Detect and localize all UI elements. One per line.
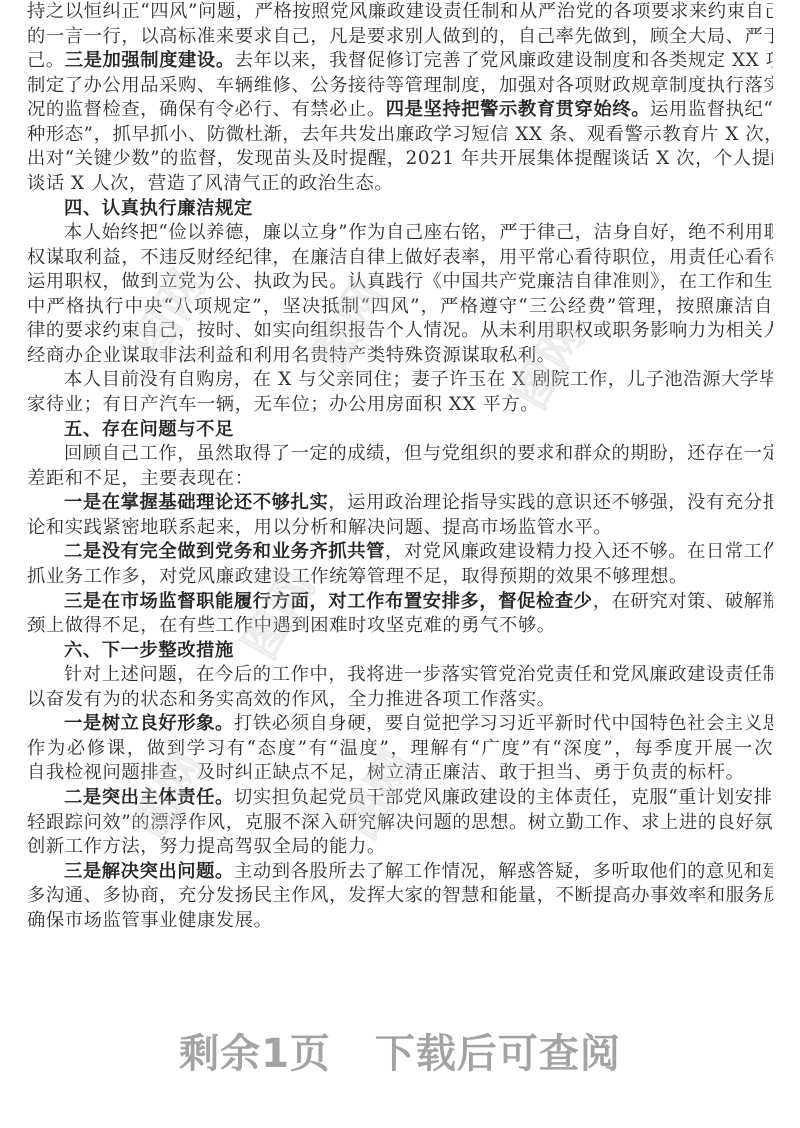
body-text: ，运用政治理论指导实践的意识还不够强，没有充分把理 xyxy=(328,492,773,513)
paragraph-line: 家待业；有日产汽车一辆，无车位；办公用房面积 XX 平方。 xyxy=(27,393,773,418)
bold-emphasis-text: 三是加强制度建设。 xyxy=(65,50,235,71)
paragraph-line: 出对“关键少数”的监督，发现苗头及时提醒，2021 年共开展集体提醒谈话 X 次… xyxy=(27,147,773,172)
body-text: 运用职权，做到立党为公、执政为民。认真践行《中国共产党廉洁自律准则》，在工作和生… xyxy=(27,271,773,292)
body-text: 经商办企业谋取非法利益和利用名贵特产类特殊资源谋取私利。 xyxy=(27,345,556,366)
body-text: 轻跟踪问效”的漂浮作风，克服不深入研究解决问题的思想。树立勤工作、求上进的良好氛… xyxy=(27,812,773,833)
paragraph-line: 况的监督检查，确保有令必行、有禁必止。四是坚持把警示教育贯穿始终。运用监督执纪“… xyxy=(27,98,773,123)
body-text: 的一言一行，以高标准来要求自己，凡是要求别人做到的，自己率先做到，顾全大局、严于… xyxy=(27,26,773,47)
bold-emphasis-text: 一是树立良好形象。 xyxy=(64,713,234,734)
paragraph-line: 轻跟踪问效”的漂浮作风，克服不深入研究解决问题的思想。树立勤工作、求上进的良好氛… xyxy=(27,811,773,836)
paragraph-line: 经商办企业谋取非法利益和利用名贵特产类特殊资源谋取私利。 xyxy=(27,344,773,369)
body-text: 己。 xyxy=(27,50,65,71)
body-text: 确保市场监管事业健康发展。 xyxy=(27,910,272,931)
body-text: 律的要求约束自己，按时、如实向组织报告个人情况。从未利用职权或职务影响力为相关人… xyxy=(27,320,773,341)
paragraph-line: 创新工作方法，努力提高驾驭全局的能力。 xyxy=(27,835,773,860)
paragraph-line: 运用职权，做到立党为公、执政为民。认真践行《中国共产党廉洁自律准则》，在工作和生… xyxy=(27,270,773,295)
paragraph-line: 差距和不足，主要表现在： xyxy=(27,467,773,492)
paragraph-line: 三是解决突出问题。主动到各股所去了解工作情况，解惑答疑，多听取他们的意见和建议。 xyxy=(27,860,773,885)
body-text: 针对上述问题，在今后的工作中，我将进一步落实管党治党责任和党风廉政建设责任制， xyxy=(64,664,773,685)
body-text: 制定了办公用品采购、车辆维修、公务接待等管理制度，加强对各项财政规章制度执行落实… xyxy=(27,75,773,96)
bold-emphasis-text: 一是在掌握基础理论还不够扎实 xyxy=(64,492,328,513)
section-heading: 六、下一步整改措施 xyxy=(27,639,773,664)
paragraph-line: 本人目前没有自购房，在 X 与父亲同住；妻子许玉在 X 剧院工作，儿子池浩源大学… xyxy=(27,368,773,393)
paragraph-line: 谈话 X 人次，营造了风清气正的政治生态。 xyxy=(27,172,773,197)
bold-emphasis-text: 三是在市场监督职能履行方面，对工作布置安排多，督促检查少 xyxy=(64,591,593,612)
paragraph-line: 权谋取利益，不违反财经纪律，在廉洁自律上做好表率，用平常心看待职位，用责任心看待… xyxy=(27,246,773,271)
body-text: ，对党风廉政建设精力投入还不够。在日常工作中， xyxy=(385,541,773,562)
bold-emphasis-text: 四是坚持把警示教育贯穿始终。 xyxy=(386,99,650,120)
paragraph-line: 回顾自己工作，虽然取得了一定的成绩，但与党组织的要求和群众的期盼，还存在一定的 xyxy=(27,442,773,467)
paragraph-line: 以奋发有为的状态和务实高效的作风，全力推进各项工作落实。 xyxy=(27,688,773,713)
body-text: 回顾自己工作，虽然取得了一定的成绩，但与党组织的要求和群众的期盼，还存在一定的 xyxy=(64,443,773,464)
section-heading: 四、认真执行廉洁规定 xyxy=(27,197,773,222)
paragraph-line: 颈上做得不足，在有些工作中遇到困难时攻坚克难的勇气不够。 xyxy=(27,614,773,639)
body-text: 中严格执行中央“八项规定”，坚决抵制“四风”，严格遵守“三公经费”管理，按照廉洁… xyxy=(27,296,773,317)
body-text: 自我检视问题排查，及时纠正缺点不足，树立清正廉洁、敢于担当、勇于负责的标杆。 xyxy=(27,762,745,783)
paragraph-line: 三是在市场监督职能履行方面，对工作布置安排多，督促检查少，在研究对策、破解瓶 xyxy=(27,590,773,615)
body-text: 去年以来，我督促修订完善了党风廉政建设制度和各类规定 XX 项， xyxy=(235,50,773,71)
body-text: 颈上做得不足，在有些工作中遇到困难时攻坚克难的勇气不够。 xyxy=(27,615,556,636)
body-text: 本人始终把“俭以养德，廉以立身”作为自己座右铭，严于律己，洁身自好，绝不利用职 xyxy=(64,222,773,243)
body-text: 家待业；有日产汽车一辆，无车位；办公用房面积 XX 平方。 xyxy=(27,394,539,415)
paragraph-line: 己。三是加强制度建设。去年以来，我督促修订完善了党风廉政建设制度和各类规定 XX… xyxy=(27,49,773,74)
bold-emphasis-text: 三是解决突出问题。 xyxy=(64,861,234,882)
download-to-view-label[interactable]: 下载后可查阅 xyxy=(375,1031,621,1077)
paragraph-line: 中严格执行中央“八项规定”，坚决抵制“四风”，严格遵守“三公经费”管理，按照廉洁… xyxy=(27,295,773,320)
paragraph-line: 抓业务工作多，对党风廉政建设工作统筹管理不足，取得预期的效果不够理想。 xyxy=(27,565,773,590)
bold-emphasis-text: 五、存在问题与不足 xyxy=(64,419,234,440)
body-text: 出对“关键少数”的监督，发现苗头及时提醒，2021 年共开展集体提醒谈话 X 次… xyxy=(27,148,773,169)
paragraph-line: 论和实践紧密地联系起来，用以分析和解决问题、提高市场监管水平。 xyxy=(27,516,773,541)
body-text: 抓业务工作多，对党风廉政建设工作统筹管理不足，取得预期的效果不够理想。 xyxy=(27,566,688,587)
body-text: 作为必修课，做到学习有“态度”有“温度”，理解有“广度”有“深度”，每季度开展一… xyxy=(27,738,773,759)
body-text: 创新工作方法，努力提高驾驭全局的能力。 xyxy=(27,836,386,857)
remaining-pages-label: 剩余1页 xyxy=(179,1031,331,1077)
paragraph-line: 种形态”，抓早抓小、防微杜渐，去年共发出廉政学习短信 XX 条、观看警示教育片 … xyxy=(27,123,773,148)
body-text: 谈话 X 人次，营造了风清气正的政治生态。 xyxy=(27,173,393,194)
body-text: 运用监督执纪“四 xyxy=(650,99,773,120)
body-text: 本人目前没有自购房，在 X 与父亲同住；妻子许玉在 X 剧院工作，儿子池浩源大学… xyxy=(64,369,773,390)
paragraph-line: 一是树立良好形象。打铁必须自身硬，要自觉把学习习近平新时代中国特色社会主义思想 xyxy=(27,712,773,737)
paragraph-line: 自我检视问题排查，及时纠正缺点不足，树立清正廉洁、敢于担当、勇于负责的标杆。 xyxy=(27,761,773,786)
body-text: 种形态”，抓早抓小、防微杜渐，去年共发出廉政学习短信 XX 条、观看警示教育片 … xyxy=(27,124,773,145)
bold-emphasis-text: 六、下一步整改措施 xyxy=(64,640,234,661)
paragraph-line: 多沟通、多协商，充分发扬民主作风，发挥大家的智慧和能量，不断提高办事效率和服务质… xyxy=(27,884,773,909)
bold-emphasis-text: 二是突出主体责任。 xyxy=(64,787,234,808)
body-text: 以奋发有为的状态和务实高效的作风，全力推进各项工作落实。 xyxy=(27,689,556,710)
download-banner[interactable]: 剩余1页下载后可查阅 xyxy=(0,1022,800,1079)
section-heading: 五、存在问题与不足 xyxy=(27,418,773,443)
body-text: 打铁必须自身硬，要自觉把学习习近平新时代中国特色社会主义思想 xyxy=(234,713,773,734)
paragraph-line: 制定了办公用品采购、车辆维修、公务接待等管理制度，加强对各项财政规章制度执行落实… xyxy=(27,74,773,99)
paragraph-line: 持之以恒纠正“四风”问题，严格按照党风廉政建设责任制和从严治党的各项要求来约束自… xyxy=(27,0,773,25)
body-text: 多沟通、多协商，充分发扬民主作风，发挥大家的智慧和能量，不断提高办事效率和服务质… xyxy=(27,885,773,906)
paragraph-line: 律的要求约束自己，按时、如实向组织报告个人情况。从未利用职权或职务影响力为相关人… xyxy=(27,319,773,344)
paragraph-line: 作为必修课，做到学习有“态度”有“温度”，理解有“广度”有“深度”，每季度开展一… xyxy=(27,737,773,762)
body-text: ，在研究对策、破解瓶 xyxy=(593,591,773,612)
paragraph-line: 的一言一行，以高标准来要求自己，凡是要求别人做到的，自己率先做到，顾全大局、严于… xyxy=(27,25,773,50)
body-text: 差距和不足，主要表现在： xyxy=(27,468,254,489)
body-text: 持之以恒纠正“四风”问题，严格按照党风廉政建设责任制和从严治党的各项要求来约束自… xyxy=(27,1,773,22)
bold-emphasis-text: 四、认真执行廉洁规定 xyxy=(64,198,253,219)
paragraph-line: 本人始终把“俭以养德，廉以立身”作为自己座右铭，严于律己，洁身自好，绝不利用职 xyxy=(27,221,773,246)
document-page: 持之以恒纠正“四风”问题，严格按照党风廉政建设责任制和从严治党的各项要求来约束自… xyxy=(27,0,773,933)
paragraph-line: 针对上述问题，在今后的工作中，我将进一步落实管党治党责任和党风廉政建设责任制， xyxy=(27,663,773,688)
paragraph-line: 二是没有完全做到党务和业务齐抓共管，对党风廉政建设精力投入还不够。在日常工作中， xyxy=(27,540,773,565)
paragraph-line: 一是在掌握基础理论还不够扎实，运用政治理论指导实践的意识还不够强，没有充分把理 xyxy=(27,491,773,516)
body-text: 主动到各股所去了解工作情况，解惑答疑，多听取他们的意见和建议。 xyxy=(234,861,773,882)
bold-emphasis-text: 二是没有完全做到党务和业务齐抓共管 xyxy=(64,541,385,562)
paragraph-line: 二是突出主体责任。切实担负起党员干部党风廉政建设的主体责任，克服“重计划安排、 xyxy=(27,786,773,811)
body-text: 切实担负起党员干部党风廉政建设的主体责任，克服“重计划安排、 xyxy=(234,787,773,808)
body-text: 权谋取利益，不违反财经纪律，在廉洁自律上做好表率，用平常心看待职位，用责任心看待… xyxy=(27,247,773,268)
body-text: 论和实践紧密地联系起来，用以分析和解决问题、提高市场监管水平。 xyxy=(27,517,612,538)
body-text: 况的监督检查，确保有令必行、有禁必止。 xyxy=(27,99,386,120)
paragraph-line: 确保市场监管事业健康发展。 xyxy=(27,909,773,934)
